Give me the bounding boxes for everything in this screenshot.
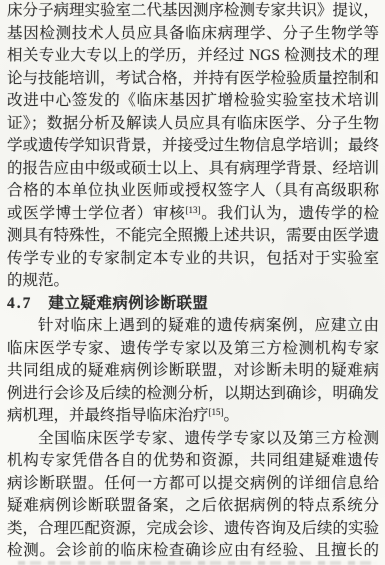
text-line: 类，合理匹配资源，完成会诊、遗传咨询及后续的实验 — [7, 518, 379, 541]
text-line: 论与技能培训，考试合格，并持有医学检验质量控制和 — [7, 68, 379, 91]
text-segment: 。 — [224, 407, 240, 424]
paragraph-first-line: 针对临床上遇到的疑难的遗传病案例，应建立由 — [7, 315, 379, 338]
text-line: 测具有特殊性，不能完全照搬上述共识，需要由医学遗 — [7, 225, 379, 248]
text-line: 合格的本单位执业医师或授权签字人（具有高级职称 — [7, 180, 379, 203]
reference-superscript-15: [15] — [209, 407, 224, 417]
text-line: 相关专业大专以上的学历，并经过 NGS 检测技术的理 — [7, 45, 379, 68]
text-segment: 病机理，并最终指导临床治疗 — [7, 407, 209, 424]
text-line: 证》；数据分析及解读人员应具有临床医学、分子生物 — [7, 113, 379, 136]
text-line: 传学专业的专家制定本专业的共识，包括对于实验室 — [7, 248, 379, 271]
section-title: 建立疑难病例诊断联盟 — [48, 295, 208, 312]
text-line: 共同组成的疑难病例诊断联盟，对诊断未明的疑难病 — [7, 360, 379, 383]
reference-superscript-13: [13] — [186, 205, 201, 215]
paragraph-end-line-with-reference: 病机理，并最终指导临床治疗[15]。 — [7, 405, 379, 428]
text-line: 学或遗传学知识背景，并接受过生物信息学培训；最终 — [7, 135, 379, 158]
text-segment: 或医学博士学位者）审核 — [7, 205, 186, 222]
paragraph-first-line: 全国临床医学专家、遗传学专家以及第三方检测 — [7, 428, 379, 451]
text-line: 临床医学专家、遗传学专家以及第三方检测机构专家 — [7, 338, 379, 361]
text-line: 病诊断联盟。任何一方都可以提交病例的详细信息给 — [7, 473, 379, 496]
section-heading: 4.7建立疑难病例诊断联盟 — [7, 293, 379, 316]
text-line: 例进行会诊及后续的检测分析，以期达到确诊，明确发 — [7, 383, 379, 406]
paragraph-end-line: 的规范。 — [7, 270, 379, 293]
next-line-cutoff-smudge — [18, 561, 377, 565]
text-segment: 。我们认为，遗传学的检 — [201, 205, 380, 222]
section-number: 4.7 — [7, 295, 32, 312]
text-line-with-reference: 或医学博士学位者）审核[13]。我们认为，遗传学的检 — [7, 203, 379, 226]
text-line: 疑难病例诊断联盟备案，之后依据病例的特点系统分 — [7, 495, 379, 518]
text-line: 机构专家凭借各自的优势和资源，共同组建疑难遗传 — [7, 450, 379, 473]
text-line: 的报告应由中级或硕士以上、具有病理学背景、经培训 — [7, 158, 379, 181]
scanned-document-page: 床分子病理实验室二代基因测序检测专家共识》提议， 基因检测技术人员应具备临床病理… — [0, 0, 385, 565]
text-line: 床分子病理实验室二代基因测序检测专家共识》提议， — [7, 0, 379, 23]
text-line: 基因检测技术人员应具备临床病理学、分子生物学等 — [7, 23, 379, 46]
text-line: 检测。会诊前的临床检查确诊应由有经验、且擅长的 — [7, 540, 379, 563]
text-line: 改进中心签发的《临床基因扩增检验实验室技术培训 — [7, 90, 379, 113]
